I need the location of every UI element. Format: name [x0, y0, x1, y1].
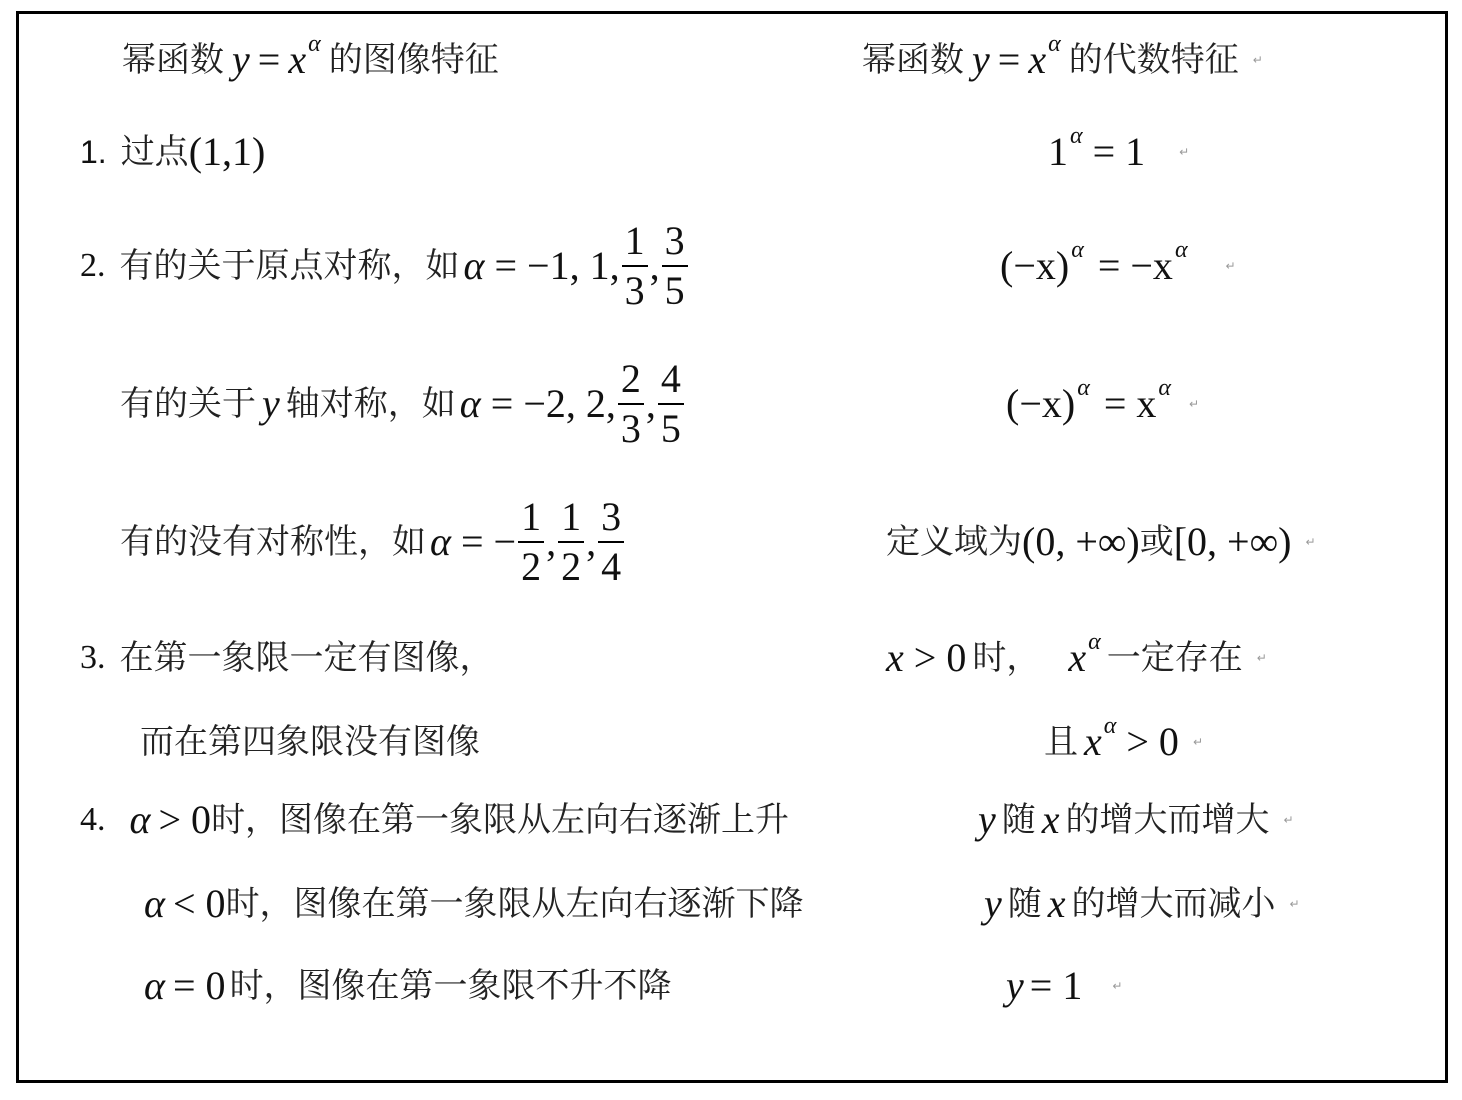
item-4c-graph: α = 0 时，图像在第一象限不升不降 — [144, 966, 672, 1006]
math-expr: (−x) — [1006, 384, 1075, 424]
item-text: 时，图像在第一象限不升不降 — [230, 966, 672, 1006]
math-var: y — [232, 40, 250, 80]
item-text: 随 — [1008, 884, 1042, 924]
math-var: α — [464, 246, 485, 286]
numerator: 1 — [521, 495, 541, 539]
numerator: 2 — [621, 357, 641, 401]
denominator: 2 — [561, 545, 581, 589]
math-var: x — [288, 40, 306, 80]
item-2a-graph: 2. 有的关于原点对称，如 α = −1, 1, 13, 35 — [80, 218, 690, 314]
item-text: 轴对称，如 — [286, 384, 456, 424]
header-text: 的图像特征 — [329, 40, 499, 80]
math-exponent: α — [1077, 368, 1090, 408]
math-var: α — [130, 800, 151, 840]
numerator: 1 — [561, 495, 581, 539]
math-var: α — [144, 884, 165, 924]
paragraph-mark-icon: ↵ — [1284, 800, 1294, 840]
item-4b-graph: α < 0 时，图像在第一象限从左向右逐渐下降 — [144, 884, 804, 924]
math-expr: (1,1) — [189, 132, 266, 172]
math-expr: > 0 — [1126, 722, 1179, 762]
item-text: 时，图像在第一象限从左向右逐渐下降 — [226, 884, 804, 924]
math-expr: = 1 — [1093, 132, 1146, 172]
item-text: 或 — [1140, 522, 1174, 562]
math-exponent: α — [1048, 24, 1061, 64]
fraction: 34 — [598, 495, 624, 589]
math-var: y — [978, 800, 996, 840]
paragraph-mark-icon: ↵ — [1189, 384, 1199, 424]
item-number: 4. — [80, 800, 106, 840]
item-number: 3. — [80, 638, 106, 678]
item-3a-algebra: x > 0 时， x α 一定存在 ↵ — [886, 638, 1267, 678]
item-text: 的增大而减小 — [1072, 884, 1276, 924]
math-expr: = 1 — [1030, 966, 1083, 1006]
math-var: y — [1006, 966, 1024, 1006]
item-4a-graph: 4. α > 0 时，图像在第一象限从左向右逐渐上升 — [80, 800, 789, 840]
denominator: 3 — [621, 407, 641, 451]
math-expr: < 0 — [173, 884, 226, 924]
item-text: 且 — [1044, 722, 1078, 762]
paragraph-mark-icon: ↵ — [1305, 522, 1315, 562]
math-var: α — [430, 522, 451, 562]
numerator: 1 — [625, 219, 645, 263]
math-expr: = −1, 1, — [495, 246, 620, 286]
math-var: α — [460, 384, 481, 424]
item-3a-graph: 3. 在第一象限一定有图像， — [80, 638, 494, 678]
left-header: 幂函数 y = x α 的图像特征 — [122, 40, 499, 80]
item-number: 1. — [80, 132, 107, 172]
math-expr: > 0 — [914, 638, 967, 678]
denominator: 3 — [625, 269, 645, 313]
math-var: x — [1068, 638, 1086, 678]
denominator: 4 — [601, 545, 621, 589]
math-exponent: α — [1175, 230, 1188, 270]
math-expr: = −x — [1098, 246, 1173, 286]
item-text: 随 — [1002, 800, 1036, 840]
fraction: 12 — [558, 495, 584, 589]
math-var: x — [886, 638, 904, 678]
denominator: 5 — [665, 269, 685, 313]
math-var: α — [144, 966, 165, 1006]
math-var: x — [1048, 884, 1066, 924]
item-3b-algebra: 且 x α > 0 ↵ — [1044, 722, 1203, 762]
math-expr: = 0 — [173, 966, 226, 1006]
item-2b-algebra: (−x) α = x α ↵ — [1006, 384, 1199, 424]
math-exponent: α — [1088, 622, 1101, 662]
math-expr: > 0 — [159, 800, 212, 840]
math-expr: = − — [461, 522, 516, 562]
math-var: y — [262, 384, 280, 424]
math-var: x — [1042, 800, 1060, 840]
math-var: x — [1028, 40, 1046, 80]
math-exponent: α — [308, 24, 321, 64]
item-text: 有的关于 — [120, 384, 256, 424]
math-var: y — [972, 40, 990, 80]
numerator: 3 — [601, 495, 621, 539]
header-text: 的代数特征 — [1069, 40, 1239, 80]
math-exponent: α — [1071, 230, 1084, 270]
fraction: 12 — [518, 495, 544, 589]
math-expr: (−x) — [1000, 246, 1069, 286]
paragraph-mark-icon: ↵ — [1179, 132, 1189, 172]
item-1-algebra: 1 α = 1 ↵ — [1048, 132, 1189, 172]
math-expr: (0, +∞) — [1022, 522, 1140, 562]
math-op: = — [998, 40, 1021, 80]
numerator: 4 — [661, 357, 681, 401]
right-header: 幂函数 y = x α 的代数特征 ↵ — [862, 40, 1263, 80]
item-text: 时，图像在第一象限从左向右逐渐上升 — [211, 800, 789, 840]
math-expr: = −2, 2, — [491, 384, 616, 424]
denominator: 2 — [521, 545, 541, 589]
math-exponent: α — [1104, 706, 1117, 746]
fraction: 45 — [658, 357, 684, 451]
paragraph-mark-icon: ↵ — [1257, 638, 1267, 678]
item-2c-graph: 有的没有对称性，如 α = − 12, 12, 34 — [120, 494, 626, 590]
math-var: x — [1084, 722, 1102, 762]
header-text: 幂函数 — [862, 40, 964, 80]
paragraph-mark-icon: ↵ — [1112, 966, 1122, 1006]
item-text: 有的关于原点对称，如 — [120, 246, 460, 286]
item-2a-algebra: (−x) α = −x α ↵ — [1000, 246, 1236, 286]
item-text: 一定存在 — [1107, 638, 1243, 678]
item-text: 时， — [972, 638, 1040, 678]
item-4c-algebra: y = 1 ↵ — [1006, 966, 1122, 1006]
item-text: 过点 — [121, 132, 189, 172]
item-3b-graph: 而在第四象限没有图像 — [140, 722, 480, 762]
item-text: 定义域为 — [886, 522, 1022, 562]
item-number: 2. — [80, 246, 106, 286]
math-expr: 1 — [1048, 132, 1068, 172]
fraction: 23 — [618, 357, 644, 451]
paragraph-mark-icon: ↵ — [1193, 722, 1203, 762]
denominator: 5 — [661, 407, 681, 451]
math-exponent: α — [1158, 368, 1171, 408]
fraction: 13 — [622, 219, 648, 313]
item-4b-algebra: y 随 x 的增大而减小 ↵ — [984, 884, 1300, 924]
header-text: 幂函数 — [122, 40, 224, 80]
item-1-graph: 1. 过点 (1,1) — [80, 132, 265, 172]
item-2c-algebra: 定义域为 (0, +∞) 或 [0, +∞) ↵ — [886, 522, 1316, 562]
paragraph-mark-icon: ↵ — [1253, 40, 1263, 80]
item-text: 而在第四象限没有图像 — [140, 722, 480, 762]
item-text: 有的没有对称性，如 — [120, 522, 426, 562]
math-var: y — [984, 884, 1002, 924]
paragraph-mark-icon: ↵ — [1226, 246, 1236, 286]
item-2b-graph: 有的关于 y 轴对称，如 α = −2, 2, 23, 45 — [120, 356, 686, 452]
math-expr: = x — [1104, 384, 1157, 424]
math-expr: [0, +∞) — [1174, 522, 1292, 562]
paragraph-mark-icon: ↵ — [1290, 884, 1300, 924]
item-text: 的增大而增大 — [1066, 800, 1270, 840]
item-4a-algebra: y 随 x 的增大而增大 ↵ — [978, 800, 1294, 840]
item-text: 在第一象限一定有图像， — [120, 638, 494, 678]
fraction: 35 — [662, 219, 688, 313]
numerator: 3 — [665, 219, 685, 263]
math-exponent: α — [1070, 116, 1083, 156]
math-op: = — [258, 40, 281, 80]
